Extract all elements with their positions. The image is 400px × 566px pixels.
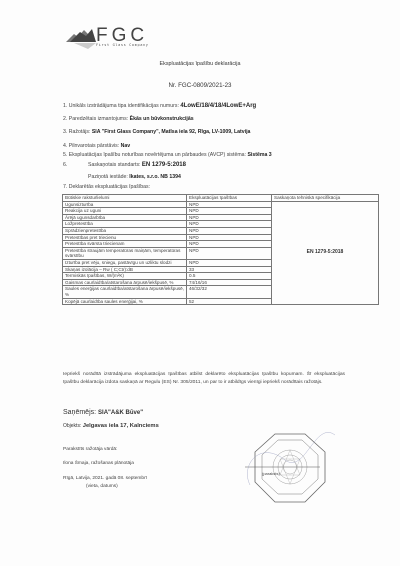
signature-caption: (paraksts): [262, 471, 280, 476]
signer-name: Ilona Šmaja, ražošanas plānotāja: [63, 461, 134, 466]
item-1: 1. Unikāls izstrādājuma tipa identifikāc…: [63, 103, 256, 109]
properties-table: Būtiskie raksturlielumi Ekspluatācijas ī…: [62, 194, 379, 305]
item-6-number: 6.: [63, 162, 67, 168]
header-specification: Saskaņota tehniskā specifikācija: [272, 195, 379, 202]
header-performance: Ekspluatācijas īpašības: [187, 195, 272, 202]
recipient: Saņēmējs: SIA"A&K Būve": [63, 409, 143, 416]
item-3: 3. Ražotājs: SIA "First Glass Company", …: [63, 129, 250, 135]
declaration-paragraph: Iepriekš norādītā izstrādājuma ekspluatā…: [63, 371, 345, 386]
table-row: Ugunsizturība NPD EN 1279-5:2018: [63, 201, 379, 208]
item-5: 5. Ekspluatācijas īpašību noturības novē…: [63, 152, 272, 158]
item-7: 7. Deklarētās ekspluatācijas īpašības:: [63, 184, 150, 190]
document-number: Nr. FGC-0809/2021-23: [0, 82, 400, 89]
place-date: Rīgā, Latvija, 2021. gadā 08. septembrī: [63, 476, 147, 481]
logo-subtitle: First Glass Company: [96, 43, 149, 47]
header-characteristics: Būtiskie raksturlielumi: [63, 195, 187, 202]
company-stamp-icon: [245, 430, 335, 510]
document-title: Ekspluatācijas īpašību deklarācija: [0, 61, 400, 67]
place-date-caption: (vieta, datums): [86, 484, 118, 489]
object: Objekts: Jelgavas iela 17, Kalnciems: [63, 423, 159, 429]
item-6-notified-body: Paziņotā iestāde: Ikates, s.r.o. NB 1394: [88, 174, 181, 180]
spec-cell: EN 1279-5:2018: [272, 201, 379, 305]
document-page: FGC First Glass Company Ekspluatācijas ī…: [0, 0, 400, 566]
item-2: 2. Paredzētais izmantojums: Ēkās un būvk…: [63, 116, 194, 122]
item-6-standard: Saskaņotais standarts: EN 1279-5:2018: [88, 162, 186, 168]
item-4: 4. Pilnvarotais pārstāvis: Nav: [63, 143, 130, 149]
signed-for-label: Parakstīts ražotāja vārdā:: [63, 447, 117, 452]
table-header-row: Būtiskie raksturlielumi Ekspluatācijas ī…: [63, 195, 379, 202]
